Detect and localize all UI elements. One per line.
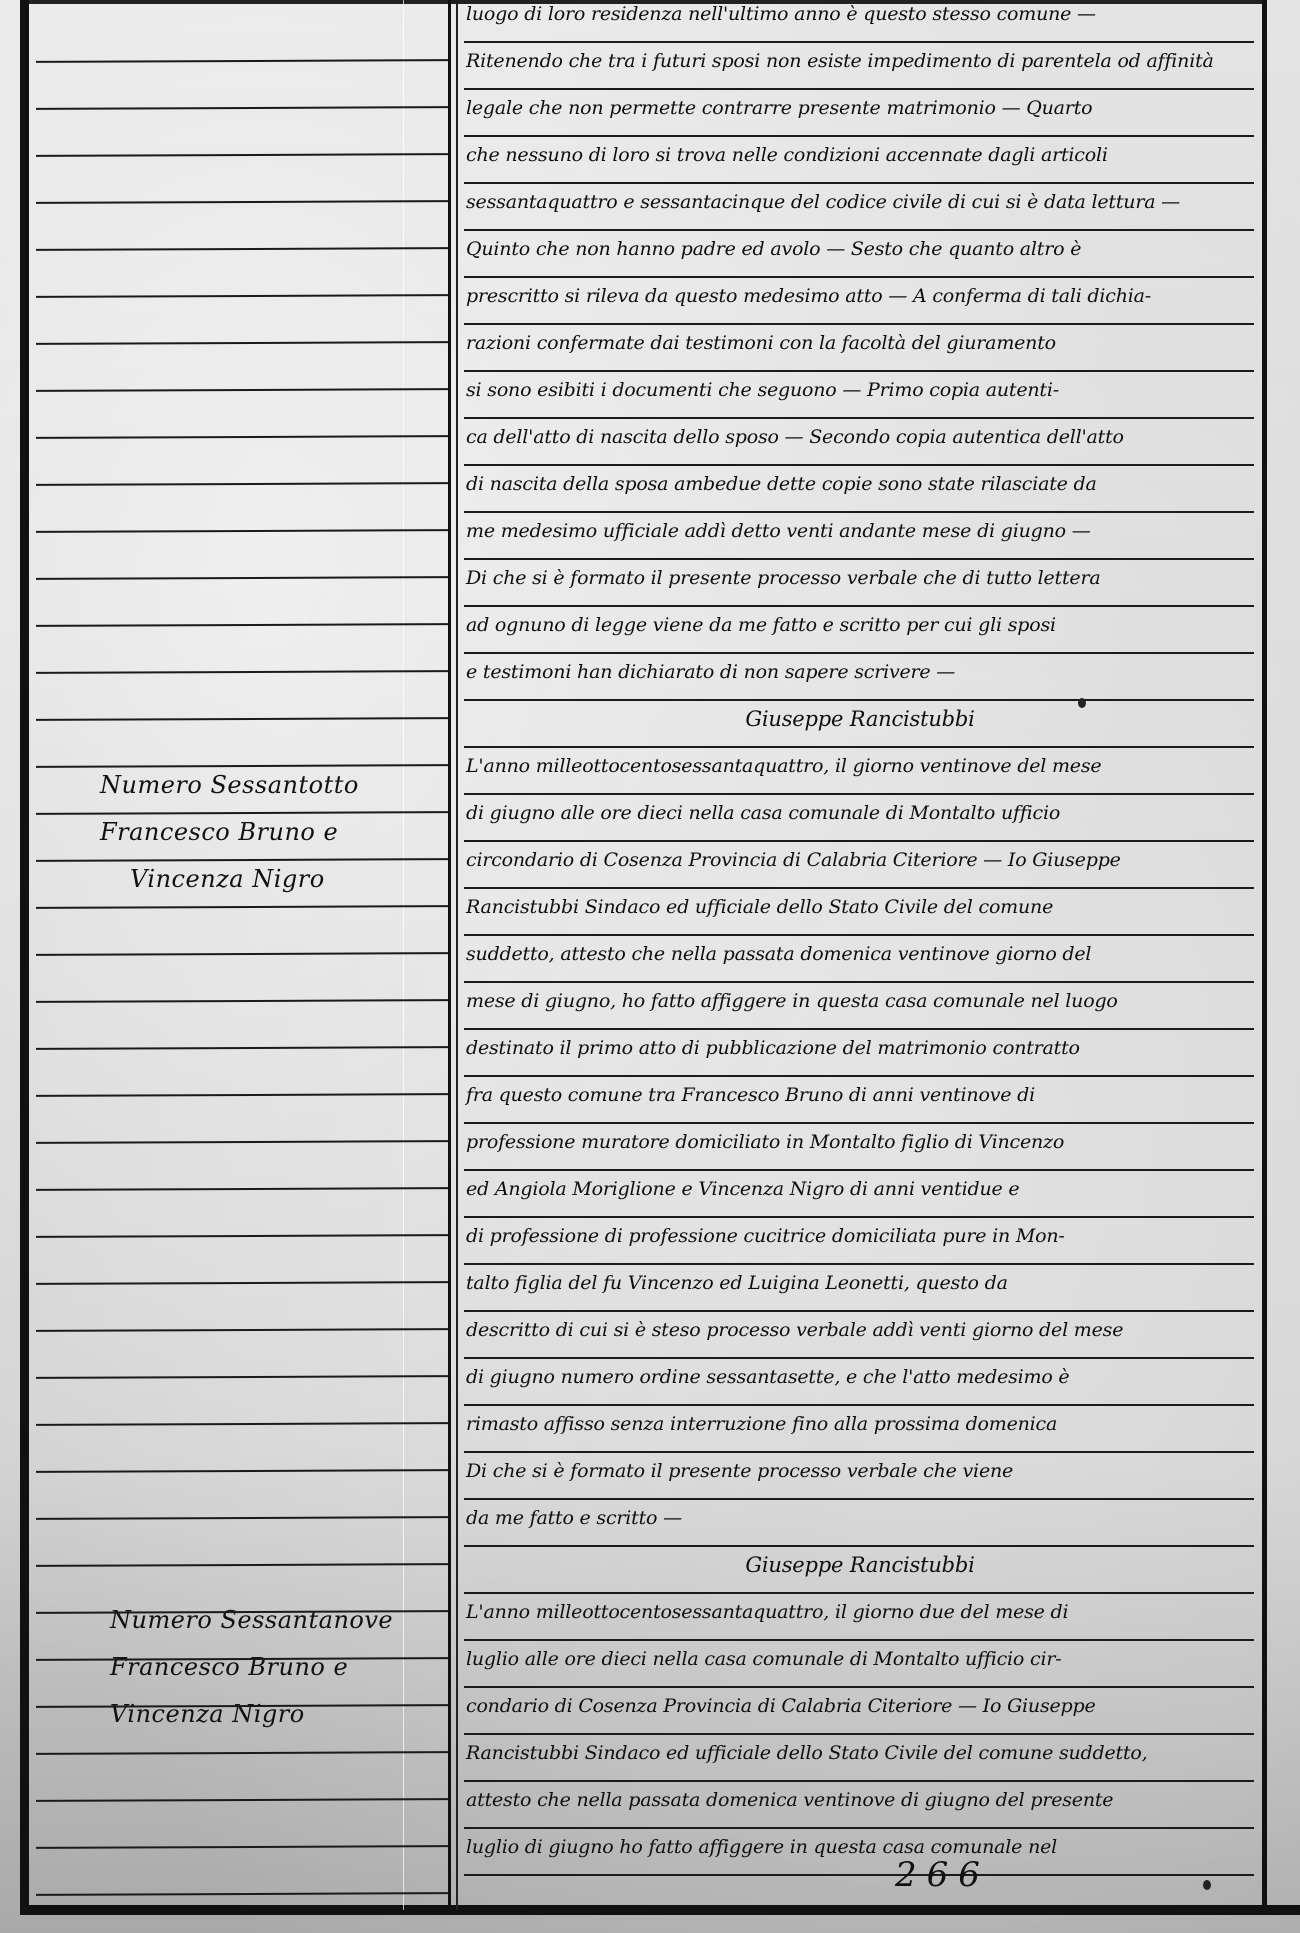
- body-line: che nessuno di loro si trova nelle condi…: [464, 135, 1254, 184]
- ink-blot: [1203, 1880, 1211, 1890]
- margin-ruled-line: [36, 1798, 448, 1802]
- margin-ruled-line: [36, 1751, 448, 1755]
- margin-note-line: Numero Sessantanove: [110, 1600, 450, 1647]
- margin-ruled-line: [36, 623, 448, 627]
- body-line: Rancistubbi Sindaco ed ufficiale dello S…: [464, 1733, 1254, 1782]
- margin-ruled-line: [36, 1140, 448, 1144]
- body-line: mese di giugno, ho fatto affiggere in qu…: [464, 981, 1254, 1030]
- body-line: ad ognuno di legge viene da me fatto e s…: [464, 605, 1254, 654]
- body-line: L'anno milleottocentosessantaquattro, il…: [464, 746, 1254, 795]
- margin-ruled-line: [36, 153, 448, 157]
- margin-ruled-line: [36, 1234, 448, 1238]
- body-line: si sono esibiti i documenti che seguono …: [464, 370, 1254, 419]
- margin-ruled-line: [36, 576, 448, 580]
- body-line: condario di Cosenza Provincia di Calabri…: [464, 1686, 1254, 1735]
- body-line: luogo di loro residenza nell'ultimo anno…: [464, 0, 1254, 43]
- margin-ruled-line: [36, 670, 448, 674]
- page-border-left: [20, 0, 29, 1915]
- body-line: me medesimo ufficiale addì detto venti a…: [464, 511, 1254, 560]
- margin-ruled-line: [36, 1328, 448, 1332]
- margin-ruled-line: [36, 1892, 448, 1896]
- page-border-bottom: [20, 1905, 1300, 1915]
- body-line: prescritto si rileva da questo medesimo …: [464, 276, 1254, 325]
- body-line: di professione di professione cucitrice …: [464, 1216, 1254, 1265]
- margin-ruled-line: [36, 482, 448, 486]
- margin-ruled-line: [36, 529, 448, 533]
- body-line: Ritenendo che tra i futuri sposi non esi…: [464, 41, 1254, 90]
- margin-ruled-line: [36, 59, 448, 63]
- body-line: da me fatto e scritto —: [464, 1498, 1254, 1547]
- body-line: talto figlia del fu Vincenzo ed Luigina …: [464, 1263, 1254, 1312]
- body-line: Quinto che non hanno padre ed avolo — Se…: [464, 229, 1254, 278]
- body-line: suddetto, attesto che nella passata dome…: [464, 934, 1254, 983]
- signature-line: Giuseppe Rancistubbi: [464, 699, 1254, 748]
- margin-note-line: Vincenza Nigro: [100, 859, 440, 906]
- body-line: luglio di giugno ho fatto affiggere in q…: [464, 1827, 1254, 1876]
- ink-blot: [1078, 698, 1086, 708]
- margin-ruled-line: [36, 106, 448, 110]
- column-divider-inner: [456, 0, 458, 1910]
- margin-ruled-line: [36, 952, 448, 956]
- body-line: razioni confermate dai testimoni con la …: [464, 323, 1254, 372]
- body-line: attesto che nella passata domenica venti…: [464, 1780, 1254, 1829]
- margin-note-line: Francesco Bruno e: [110, 1647, 450, 1694]
- signature-line: Giuseppe Rancistubbi: [464, 1545, 1254, 1594]
- body-line: rimasto affisso senza interruzione fino …: [464, 1404, 1254, 1453]
- register-page: Numero Sessantotto Francesco Bruno e Vin…: [0, 0, 1300, 1933]
- margin-column: Numero Sessantotto Francesco Bruno e Vin…: [30, 0, 448, 1905]
- body-line: Rancistubbi Sindaco ed ufficiale dello S…: [464, 887, 1254, 936]
- body-line: descritto di cui si è steso processo ver…: [464, 1310, 1254, 1359]
- margin-ruled-line: [36, 717, 448, 721]
- margin-ruled-line: [36, 1046, 448, 1050]
- body-line: e testimoni han dichiarato di non sapere…: [464, 652, 1254, 701]
- margin-ruled-line: [36, 1187, 448, 1191]
- margin-note-act-68: Numero Sessantotto Francesco Bruno e Vin…: [100, 765, 440, 906]
- body-line: legale che non permette contrarre presen…: [464, 88, 1254, 137]
- body-line: luglio alle ore dieci nella casa comunal…: [464, 1639, 1254, 1688]
- body-line: ed Angiola Moriglione e Vincenza Nigro d…: [464, 1169, 1254, 1218]
- body-line: L'anno milleottocentosessantaquattro, il…: [464, 1592, 1254, 1641]
- body-line: fra questo comune tra Francesco Bruno di…: [464, 1075, 1254, 1124]
- margin-ruled-line: [36, 341, 448, 345]
- margin-ruled-line: [36, 388, 448, 392]
- page-border-right: [1262, 0, 1267, 1915]
- margin-note-act-69: Numero Sessantanove Francesco Bruno e Vi…: [110, 1600, 450, 1741]
- margin-ruled-line: [36, 1422, 448, 1426]
- margin-note-line: Francesco Bruno e: [100, 812, 440, 859]
- margin-ruled-line: [36, 905, 448, 909]
- margin-note-line: Vincenza Nigro: [110, 1694, 450, 1741]
- margin-ruled-line: [36, 1563, 448, 1567]
- body-line: ca dell'atto di nascita dello sposo — Se…: [464, 417, 1254, 466]
- body-line: destinato il primo atto di pubblicazione…: [464, 1028, 1254, 1077]
- margin-ruled-line: [36, 200, 448, 204]
- margin-ruled-line: [36, 1516, 448, 1520]
- margin-ruled-line: [36, 1469, 448, 1473]
- body-line: di giugno alle ore dieci nella casa comu…: [464, 793, 1254, 842]
- margin-ruled-line: [36, 435, 448, 439]
- margin-ruled-line: [36, 1093, 448, 1097]
- body-line: professione muratore domiciliato in Mont…: [464, 1122, 1254, 1171]
- register-body: luogo di loro residenza nell'ultimo anno…: [460, 0, 1260, 1905]
- body-line: di nascita della sposa ambedue dette cop…: [464, 464, 1254, 513]
- body-line: di giugno numero ordine sessantasette, e…: [464, 1357, 1254, 1406]
- margin-ruled-line: [36, 999, 448, 1003]
- margin-ruled-line: [36, 1375, 448, 1379]
- margin-ruled-line: [36, 294, 448, 298]
- body-line: circondario di Cosenza Provincia di Cala…: [464, 840, 1254, 889]
- body-line: Di che si è formato il presente processo…: [464, 558, 1254, 607]
- margin-ruled-line: [36, 247, 448, 251]
- page-number: 266: [895, 1855, 990, 1895]
- margin-note-line: Numero Sessantotto: [100, 765, 440, 812]
- margin-ruled-line: [36, 1281, 448, 1285]
- margin-ruled-line: [36, 1845, 448, 1849]
- body-line: sessantaquattro e sessantacinque del cod…: [464, 182, 1254, 231]
- body-line: Di che si è formato il presente processo…: [464, 1451, 1254, 1500]
